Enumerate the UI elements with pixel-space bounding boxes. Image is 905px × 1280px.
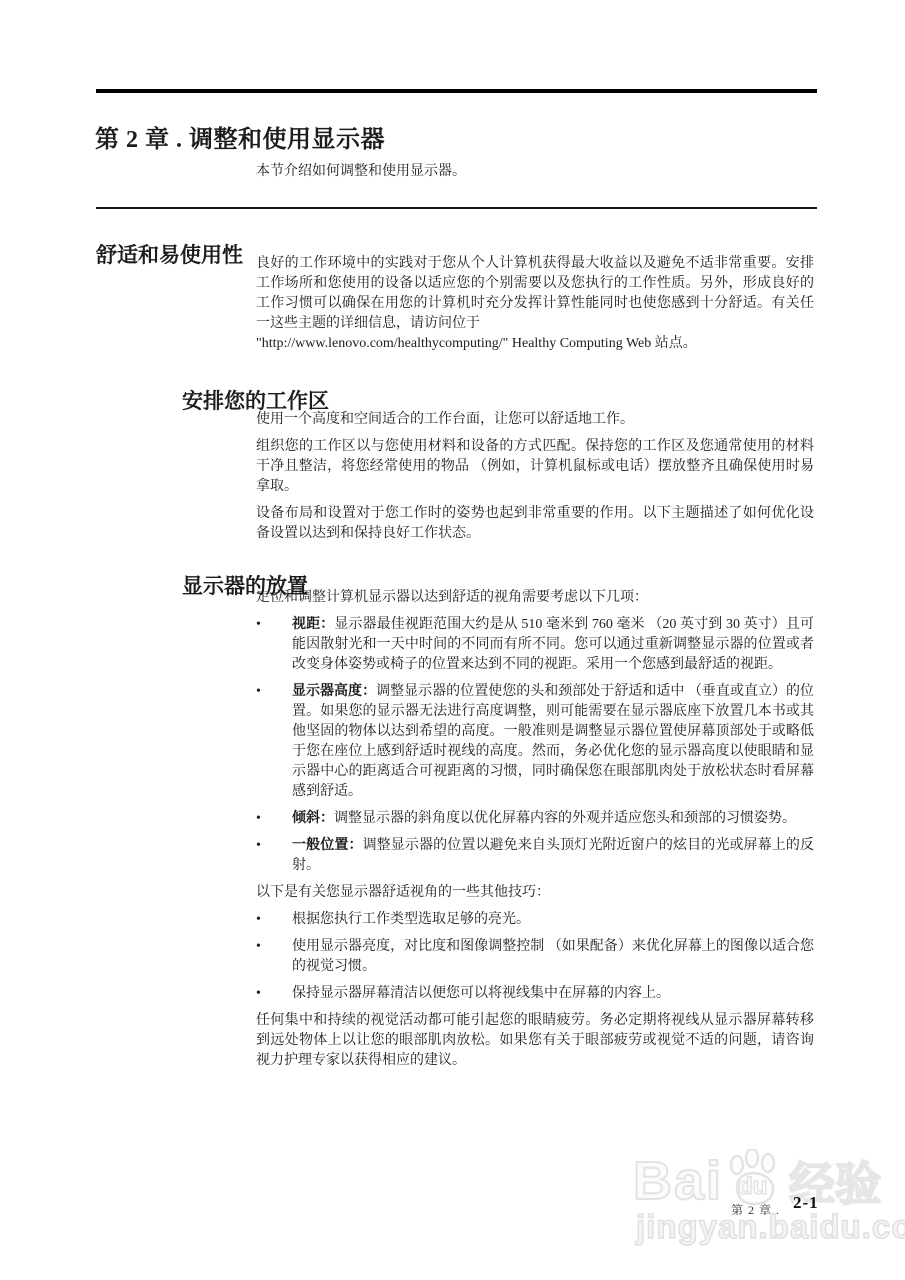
tip-text: 保持显示器屏幕清洁以便您可以将视线集中在屏幕的内容上。 xyxy=(292,984,814,1004)
baidu-logo-du-text: du xyxy=(738,1173,767,1201)
workspace-paragraph: 组织您的工作区以与您使用材料和设备的方式匹配。保持您的工作区及您通常使用的材料干… xyxy=(256,437,814,497)
manual-page: 第 2 章 . 调整和使用显示器 本节介绍如何调整和使用显示器。 舒适和易使用性… xyxy=(0,0,905,1280)
bullet-term: 倾斜： xyxy=(292,811,334,826)
workspace-section-body: 使用一个高度和空间适合的工作台面，让您可以舒适地工作。 组织您的工作区以与您使用… xyxy=(256,410,814,551)
bullet-icon xyxy=(256,836,292,876)
placement-bullet-viewing-distance: 视距：显示器最佳视距范围大约是从 510 毫米到 760 毫米 （20 英寸到 … xyxy=(256,615,814,675)
tip-text: 使用显示器亮度，对比度和图像调整控制 （如果配备）来优化屏幕上的图像以适合您的视… xyxy=(292,937,814,977)
placement-bullet-monitor-height: 显示器高度：调整显示器的位置使您的头和颈部处于舒适和适中 （垂直或直立）的位置。… xyxy=(256,682,814,802)
placement-bullet-tilt: 倾斜：调整显示器的斜角度以优化屏幕内容的外观并适应您头和颈部的习惯姿势。 xyxy=(256,809,814,829)
chapter-title: 第 2 章 . 调整和使用显示器 xyxy=(95,119,385,154)
placement-bullet-general-location: 一般位置：调整显示器的位置以避免来自头顶灯光附近窗户的炫目的光或屏幕上的反射。 xyxy=(256,836,814,876)
baidu-paw-icon: du xyxy=(725,1149,783,1207)
tips-intro: 以下是有关您显示器舒适视角的一些其他技巧： xyxy=(256,883,814,903)
baidu-logo-text: Bai xyxy=(633,1150,723,1212)
tip-item-lighting: 根据您执行工作类型选取足够的亮光。 xyxy=(256,910,814,930)
bullet-icon xyxy=(256,615,292,675)
comfort-paragraph: 良好的工作环境中的实践对于您从个人计算机获得最大收益以及避免不适非常重要。安排工… xyxy=(256,256,814,331)
bullet-text: 调整显示器的位置使您的头和颈部处于舒适和适中 （垂直或直立）的位置。如果您的显示… xyxy=(292,684,814,799)
bullet-term: 显示器高度： xyxy=(292,684,376,699)
bullet-term: 一般位置： xyxy=(292,838,363,853)
chapter-intro: 本节介绍如何调整和使用显示器。 xyxy=(256,160,466,180)
closing-paragraph: 任何集中和持续的视觉活动都可能引起您的眼睛疲劳。务必定期将视线从显示器屏幕转移到… xyxy=(256,1011,814,1071)
workspace-paragraph: 使用一个高度和空间适合的工作台面，让您可以舒适地工作。 xyxy=(256,410,814,430)
placement-section-body: 定位和调整计算机显示器以达到舒适的视角需要考虑以下几项： 视距：显示器最佳视距范… xyxy=(256,588,814,1078)
top-rule xyxy=(96,89,817,93)
footer-page-number: 2-1 xyxy=(793,1193,819,1213)
bullet-icon xyxy=(256,809,292,829)
bullet-text: 调整显示器的斜角度以优化屏幕内容的外观并适应您头和颈部的习惯姿势。 xyxy=(334,811,796,826)
bullet-icon xyxy=(256,937,292,977)
tip-item-controls: 使用显示器亮度，对比度和图像调整控制 （如果配备）来优化屏幕上的图像以适合您的视… xyxy=(256,937,814,977)
bullet-text: 调整显示器的位置以避免来自头顶灯光附近窗户的炫目的光或屏幕上的反射。 xyxy=(292,838,814,873)
bullet-icon xyxy=(256,910,292,930)
bullet-icon xyxy=(256,682,292,802)
bullet-icon xyxy=(256,984,292,1004)
section-heading-comfort: 舒适和易使用性 xyxy=(96,239,243,269)
bullet-text: 显示器最佳视距范围大约是从 510 毫米到 760 毫米 （20 英寸到 30 … xyxy=(292,617,814,672)
workspace-paragraph: 设备布局和设置对于您工作时的姿势也起到非常重要的作用。以下主题描述了如何优化设备… xyxy=(256,504,814,544)
bullet-term: 视距： xyxy=(292,617,334,632)
comfort-section-body: 良好的工作环境中的实践对于您从个人计算机获得最大收益以及避免不适非常重要。安排工… xyxy=(256,254,814,354)
tip-text: 根据您执行工作类型选取足够的亮光。 xyxy=(292,910,814,930)
healthy-computing-url: "http://www.lenovo.com/healthycomputing/… xyxy=(256,334,814,354)
tip-item-clean-screen: 保持显示器屏幕清洁以便您可以将视线集中在屏幕的内容上。 xyxy=(256,984,814,1004)
footer-chapter-label: 第 2 章 . xyxy=(731,1201,780,1218)
divider-rule xyxy=(96,207,817,209)
placement-intro: 定位和调整计算机显示器以达到舒适的视角需要考虑以下几项： xyxy=(256,588,814,608)
